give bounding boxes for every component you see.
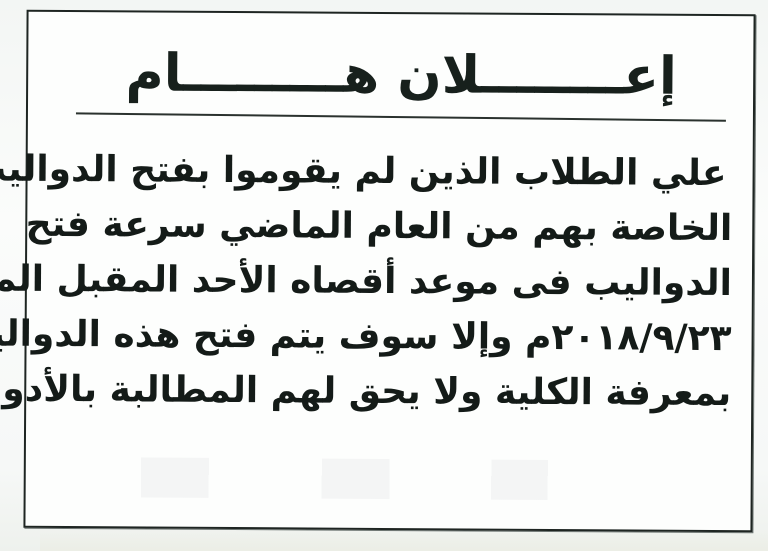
notice-line-2: الخاصة بهم من العام الماضي سرعة فتح — [47, 197, 732, 256]
title-underline — [76, 112, 726, 121]
notice-line-4: ٢٠١٨/٩/٢٣م وإلا سوف يتم فتح هذه الدواليب — [46, 307, 731, 366]
bleed-through-marks — [96, 457, 661, 500]
notice-frame: إعــــــــلان هـــــــــام علي الطلاب ال… — [23, 10, 755, 532]
notice-content: إعــــــــلان هـــــــــام علي الطلاب ال… — [25, 12, 753, 530]
notice-body: علي الطلاب الذين لم يقوموا بفتح الدواليب… — [46, 142, 733, 421]
notice-line-3: الدواليب فى موعد أقصاه الأحد المقبل المو… — [47, 252, 732, 311]
paper-bottom-shadow — [40, 529, 768, 551]
notice-line-5: بمعرفة الكلية ولا يحق لهم المطالبة بالأد… — [46, 362, 731, 421]
notice-line-1: علي الطلاب الذين لم يقوموا بفتح الدواليب — [47, 142, 732, 201]
notice-title-block: إعــــــــلان هـــــــــام — [76, 42, 726, 116]
notice-title: إعــــــــلان هـــــــــام — [125, 42, 677, 107]
